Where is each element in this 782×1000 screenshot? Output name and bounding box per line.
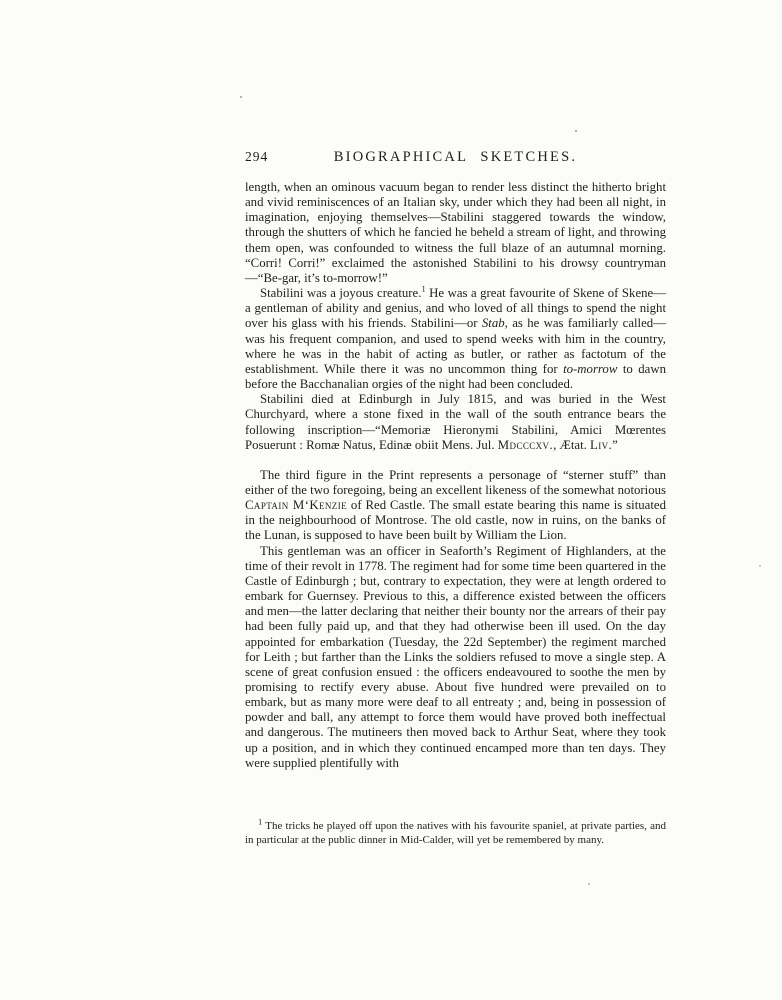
text-run: This gentleman was an officer in Seafort… [245, 544, 666, 770]
scan-speck [575, 130, 577, 132]
body-paragraphs: length, when an ominous vacuum began to … [245, 180, 666, 771]
paragraph: length, when an ominous vacuum began to … [245, 180, 666, 286]
running-title: BIOGRAPHICAL SKETCHES. [245, 149, 666, 166]
footnote-marker: 1 [258, 816, 262, 826]
text-run: , Ætat. [553, 438, 590, 452]
paragraph: Stabilini was a joyous creature.1 He was… [245, 286, 666, 392]
footnote-body: The tricks he played off upon the native… [245, 820, 666, 846]
text-run: to-morrow [563, 362, 617, 376]
scan-speck [240, 96, 242, 98]
text-run: The third figure in the Print represents… [245, 468, 666, 497]
scan-speck [759, 565, 761, 567]
footnote-text: 1 The tricks he played off upon the nati… [245, 820, 666, 848]
page-header: 294 BIOGRAPHICAL SKETCHES. [245, 149, 666, 167]
text-run: Stabilini was a joyous creature. [260, 286, 421, 300]
text-run: Liv. [590, 438, 612, 452]
text-run: Mdcccxv. [498, 438, 553, 452]
text-run: length, when an ominous vacuum began to … [245, 180, 666, 285]
paragraph: This gentleman was an officer in Seafort… [245, 544, 666, 771]
text-run: Stab [482, 316, 505, 330]
text-run: Captain M‘Kenzie [245, 498, 347, 512]
book-page: 294 BIOGRAPHICAL SKETCHES. length, when … [0, 0, 782, 1000]
scan-speck [588, 883, 590, 885]
text-run: ” [612, 438, 618, 452]
paragraph: The third figure in the Print represents… [245, 468, 666, 544]
paragraph: Stabilini died at Edinburgh in July 1815… [245, 392, 666, 453]
footnote: 1 The tricks he played off upon the nati… [245, 820, 666, 848]
